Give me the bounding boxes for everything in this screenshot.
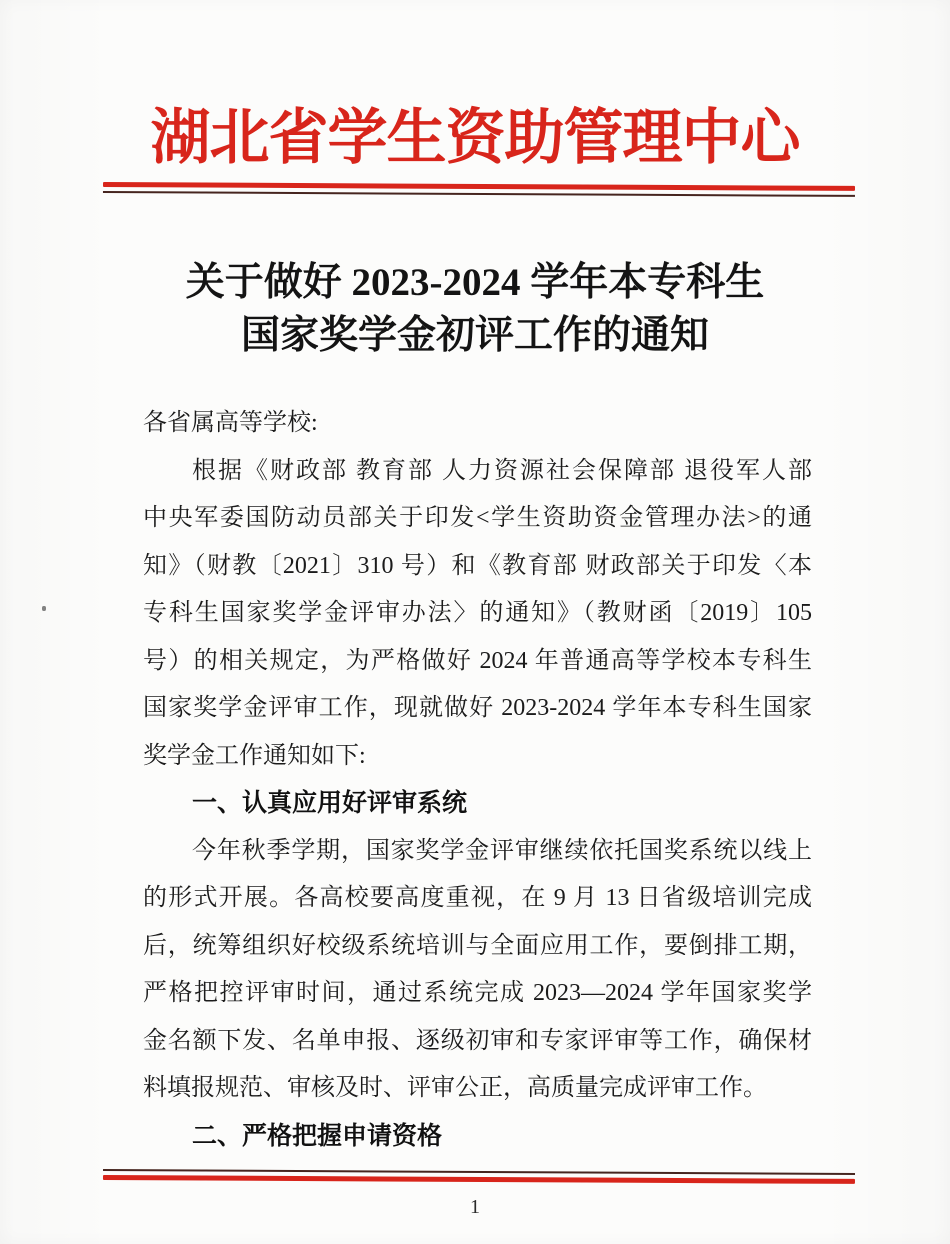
body-line: 国家奖学金评审工作，现就做好 2023-2024 学年本专科生国家 bbox=[143, 685, 812, 733]
document-body: 各省属高等学校: 根据《财政部 教育部 人力资源社会保障部 退役军人部 中央军委… bbox=[143, 400, 812, 1160]
document-title-line-2: 国家奖学金初评工作的通知 bbox=[0, 309, 950, 362]
page-number: 1 bbox=[0, 1196, 950, 1219]
letterhead-org-name: 湖北省学生资助管理中心 bbox=[0, 90, 950, 176]
body-line: 金名额下发、名单申报、逐级初审和专家评审等工作，确保材 bbox=[143, 1018, 812, 1066]
section-heading-2: 二、严格把握申请资格 bbox=[143, 1113, 812, 1161]
body-line: 的形式开展。各高校要高度重视，在 9 月 13 日省级培训完成 bbox=[143, 875, 812, 923]
salutation: 各省属高等学校: bbox=[143, 400, 812, 448]
body-line: 根据《财政部 教育部 人力资源社会保障部 退役军人部 bbox=[143, 448, 812, 496]
body-line: 料填报规范、审核及时、评审公正，高质量完成评审工作。 bbox=[143, 1065, 812, 1113]
scanned-document-page: 湖北省学生资助管理中心 关于做好 2023-2024 学年本专科生 国家奖学金初… bbox=[0, 0, 950, 1244]
body-line: 严格把控评审时间，通过系统完成 2023—2024 学年国家奖学 bbox=[143, 970, 812, 1018]
body-line: 今年秋季学期，国家奖学金评审继续依托国奖系统以线上 bbox=[143, 828, 812, 876]
footer-rule bbox=[103, 1169, 855, 1184]
body-line: 知》（财教〔2021〕310 号）和《教育部 财政部关于印发〈本 bbox=[143, 543, 812, 591]
body-line: 奖学金工作通知如下: bbox=[143, 733, 812, 781]
body-line: 专科生国家奖学金评审办法〉的通知》（教财函〔2019〕105 bbox=[143, 590, 812, 638]
body-line: 中央军委国防动员部关于印发<学生资助资金管理办法>的通 bbox=[143, 495, 812, 543]
document-title-line-1: 关于做好 2023-2024 学年本专科生 bbox=[0, 256, 950, 309]
document-title: 关于做好 2023-2024 学年本专科生 国家奖学金初评工作的通知 bbox=[0, 256, 950, 362]
body-line: 后，统筹组织好校级系统培训与全面应用工作，要倒排工期， bbox=[143, 923, 812, 971]
letterhead-rule bbox=[103, 182, 855, 197]
body-line: 号）的相关规定，为严格做好 2024 年普通高等学校本专科生 bbox=[143, 638, 812, 686]
section-heading-1: 一、认真应用好评审系统 bbox=[143, 780, 812, 828]
scan-artifact-dot bbox=[42, 606, 46, 611]
